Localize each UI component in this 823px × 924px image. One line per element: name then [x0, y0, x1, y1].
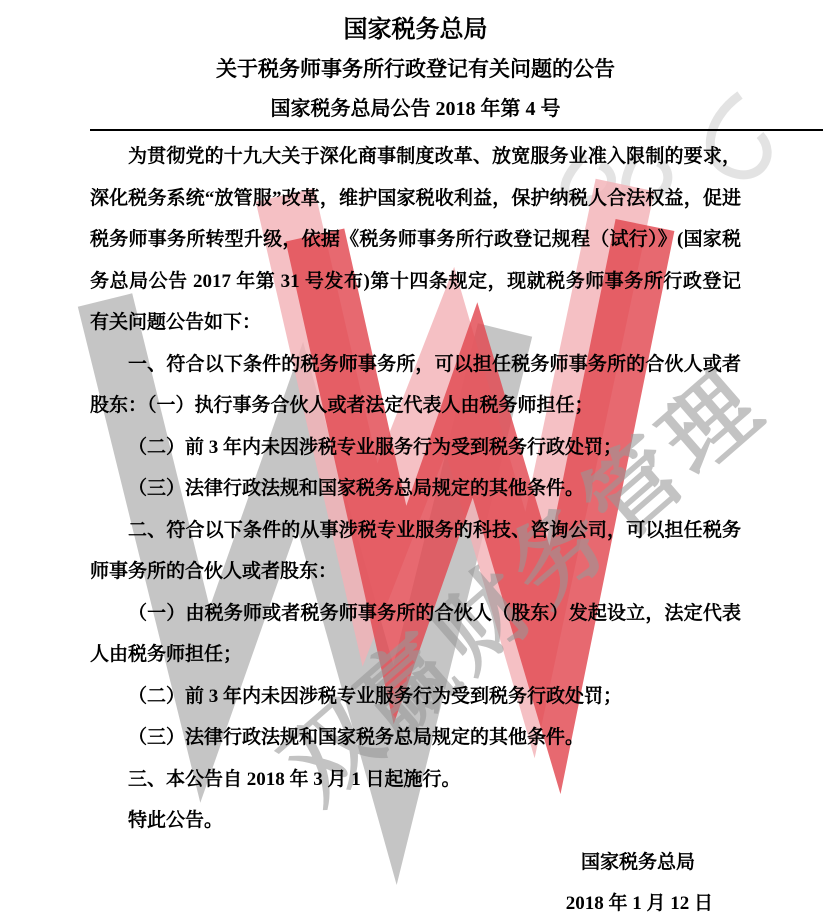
signature-issuer: 国家税务总局 — [90, 842, 695, 884]
page-title: 国家税务总局 — [90, 15, 741, 45]
title-divider — [90, 129, 823, 131]
signature-date: 2018 年 1 月 12 日 — [90, 883, 713, 924]
signature-block: 国家税务总局 2018 年 1 月 12 日 — [90, 842, 741, 924]
paragraph-closing: 特此公告。 — [90, 800, 741, 842]
paragraph-intro: 为贯彻党的十九大关于深化商事制度改革、放宽服务业准入限制的要求，深化税务系统“放… — [90, 136, 741, 344]
announcement-document: 国家税务总局 关于税务师事务所行政登记有关问题的公告 国家税务总局公告 2018… — [0, 0, 823, 924]
paragraph-item-3: 三、本公告自 2018 年 3 月 1 日起施行。 — [90, 759, 741, 801]
paragraph-item-1-3: （三）法律行政法规和国家税务总局规定的其他条件。 — [90, 468, 741, 510]
paragraph-item-1-2: （二）前 3 年内未因涉税专业服务行为受到税务行政处罚； — [90, 427, 741, 469]
paragraph-item-2-2: （二）前 3 年内未因涉税专业服务行为受到税务行政处罚； — [90, 676, 741, 718]
document-page: 双赢财务管理 国家税务总局 关于税务师事务所行政登记有关问题的公告 国家税务总局… — [0, 0, 823, 924]
doc-number: 国家税务总局公告 2018 年第 4 号 — [90, 96, 741, 122]
paragraph-item-2: 二、符合以下条件的从事涉税专业服务的科技、咨询公司，可以担任税务师事务所的合伙人… — [90, 510, 741, 593]
doc-body: 为贯彻党的十九大关于深化商事制度改革、放宽服务业准入限制的要求，深化税务系统“放… — [90, 136, 741, 842]
paragraph-item-2-1: （一）由税务师或者税务师事务所的合伙人（股东）发起设立，法定代表人由税务师担任； — [90, 593, 741, 676]
page-subtitle: 关于税务师事务所行政登记有关问题的公告 — [90, 55, 741, 83]
paragraph-item-1: 一、符合以下条件的税务师事务所，可以担任税务师事务所的合伙人或者股东：（一）执行… — [90, 344, 741, 427]
paragraph-item-2-3: （三）法律行政法规和国家税务总局规定的其他条件。 — [90, 717, 741, 759]
